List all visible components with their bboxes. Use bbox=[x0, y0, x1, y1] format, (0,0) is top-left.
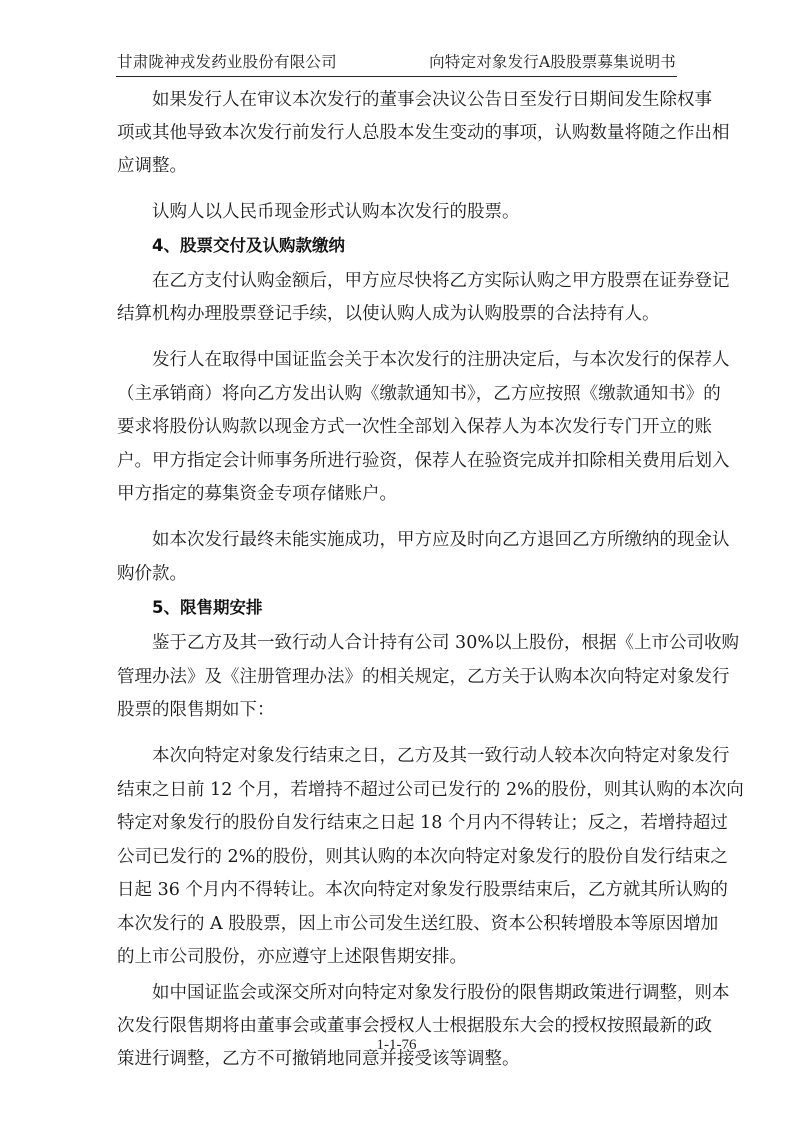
paragraph-line: 公司已发行的 2%的股份，则其认购的本次向特定对象发行的股份自发行结束之 bbox=[117, 846, 677, 868]
paragraph-line: 如中国证监会或深交所对向特定对象发行股份的限售期政策进行调整，则本 bbox=[152, 982, 677, 1004]
section-heading-4: 4、股票交付及认购款缴纳 bbox=[152, 235, 345, 257]
paragraph-line: 购价款。 bbox=[117, 563, 677, 585]
paragraph-line: 本次向特定对象发行结束之日，乙方及其一致行动人较本次向特定对象发行 bbox=[152, 745, 677, 767]
paragraph-line: 鉴于乙方及其一致行动人合计持有公司 30%以上股份，根据《上市公司收购 bbox=[152, 632, 677, 654]
paragraph-line: 管理办法》及《注册管理办法》的相关规定，乙方关于认购本次向特定对象发行 bbox=[117, 666, 677, 688]
paragraph-line: 次发行限售期将由董事会或董事会授权人士根据股东大会的授权按照最新的政 bbox=[117, 1015, 677, 1037]
paragraph-line: 的上市公司股份，亦应遵守上述限售期安排。 bbox=[117, 946, 677, 968]
section-heading-5: 5、限售期安排 bbox=[152, 597, 262, 619]
paragraph-line: 股票的限售期如下： bbox=[117, 699, 677, 721]
paragraph-line: 应调整。 bbox=[117, 155, 677, 177]
paragraph-line: 要求将股份认购款以现金方式一次性全部划入保荐人为本次发行专门开立的账 bbox=[117, 416, 677, 438]
paragraph-line: 如本次发行最终未能实施成功，甲方应及时向乙方退回乙方所缴纳的现金认 bbox=[152, 529, 677, 551]
paragraph-line: 项或其他导致本次发行前发行人总股本发生变动的事项，认购数量将随之作出相 bbox=[117, 122, 677, 144]
paragraph-line: 本次发行的 A 股股票，因上市公司发生送红股、资本公积转增股本等原因增加 bbox=[117, 913, 677, 935]
page-number: 1-1-76 bbox=[0, 1037, 793, 1054]
paragraph-line: 发行人在取得中国证监会关于本次发行的注册决定后，与本次发行的保荐人 bbox=[152, 349, 677, 371]
paragraph-line: 甲方指定的募集资金专项存储账户。 bbox=[117, 483, 677, 505]
header-divider bbox=[116, 76, 677, 77]
paragraph-line: 日起 36 个月内不得转让。本次向特定对象发行股票结束后，乙方就其所认购的 bbox=[117, 879, 677, 901]
paragraph-line: 如果发行人在审议本次发行的董事会决议公告日至发行日期间发生除权事 bbox=[152, 89, 677, 111]
paragraph-line: （主承销商）将向乙方发出认购《缴款通知书》，乙方应按照《缴款通知书》的 bbox=[117, 383, 677, 405]
paragraph-line: 在乙方支付认购金额后，甲方应尽快将乙方实际认购之甲方股票在证券登记 bbox=[152, 270, 677, 292]
paragraph-line: 认购人以人民币现金形式认购本次发行的股票。 bbox=[152, 201, 677, 223]
header-document-title: 向特定对象发行A股股票募集说明书 bbox=[429, 52, 676, 72]
paragraph-line: 户。甲方指定会计师事务所进行验资，保荐人在验资完成并扣除相关费用后划入 bbox=[117, 450, 677, 472]
header-company-name: 甘肃陇神戎发药业股份有限公司 bbox=[117, 52, 337, 72]
paragraph-line: 结算机构办理股票登记手续，以使认购人成为认购股票的合法持有人。 bbox=[117, 303, 677, 325]
paragraph-line: 特定对象发行的股份自发行结束之日起 18 个月内不得转让；反之，若增持超过 bbox=[117, 812, 677, 834]
paragraph-line: 结束之日前 12 个月，若增持不超过公司已发行的 2%的股份，则其认购的本次向 bbox=[117, 779, 677, 801]
